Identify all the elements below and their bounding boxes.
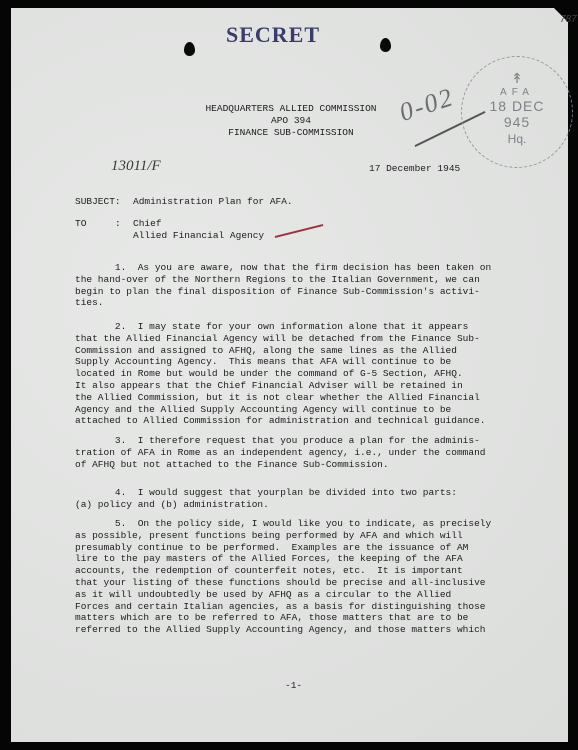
recipient-org: Allied Financial Agency [133,230,264,242]
page-reference-number: 787 [560,14,577,25]
subject-value: Administration Plan for AFA. [133,196,293,207]
paragraph-5: 5. On the policy side, I would like you … [75,518,515,636]
stamp-number: 0-02 [396,82,458,128]
punch-hole-left-icon [184,42,195,56]
paragraph-1: 1. As you are aware, now that the firm d… [75,262,515,309]
red-pencil-mark [275,224,324,238]
to-colon: : [115,218,133,230]
arrow-up-icon: ↟ [482,71,552,85]
recipient-title: Chief [133,218,264,230]
stamp-unit: Hq. [482,132,552,146]
paragraph-2: 2. I may state for your own information … [75,321,515,427]
letterhead-line-3: FINANCE SUB-COMMISSION [191,127,391,139]
paragraph-3: 3. I therefore request that you produce … [75,435,515,470]
letterhead: HEADQUARTERS ALLIED COMMISSION APO 394 F… [191,103,391,139]
file-reference: 13011/F [111,158,161,175]
to-label: TO [75,218,115,230]
stamp-date: 18 DEC 945 [482,98,552,130]
classification-stamp: SECRET [226,22,320,48]
stamp-org: AFA [482,87,552,98]
paragraph-4: 4. I would suggest that yourplan be divi… [75,487,515,511]
document-date: 17 December 1945 [369,163,460,174]
document-page: SECRET 787 HEADQUARTERS ALLIED COMMISSIO… [11,8,568,742]
received-stamp: ↟ AFA 18 DEC 945 Hq. [461,56,573,168]
letterhead-line-1: HEADQUARTERS ALLIED COMMISSION [191,103,391,115]
punch-hole-right-icon [380,38,391,52]
letterhead-line-2: APO 394 [191,115,391,127]
subject-label: SUBJECT: [75,196,133,207]
to-line: TO: Chief Allied Financial Agency [75,218,264,242]
subject-line: SUBJECT:Administration Plan for AFA. [75,196,293,207]
page-number: -1- [285,680,302,691]
